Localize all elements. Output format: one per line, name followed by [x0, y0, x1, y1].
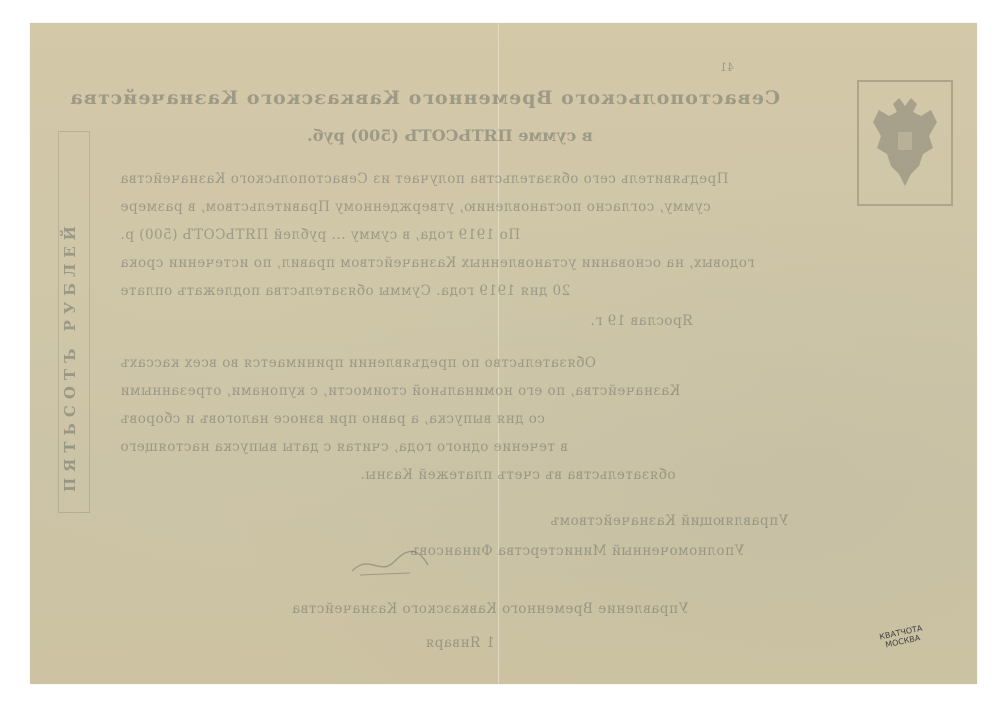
side-stamp-text: ПЯТЬСОТЪ РУБЛЕЙ — [61, 152, 79, 492]
body-line: со дня выпуска, а равно при взносе налог… — [120, 411, 840, 427]
body-line: обязательства въ счетъ платежей Казны. — [360, 467, 840, 483]
body-line: Предъявитель сего обязательства получает… — [120, 171, 840, 187]
footer-date: 1 Января — [390, 635, 530, 651]
body-line: 20 дня 1919 года. Суммы обязательства по… — [120, 283, 840, 299]
body-line: в течение одного года, считая с даты вып… — [120, 439, 840, 455]
body-line: Казначейства, по его номинальной стоимос… — [120, 383, 840, 399]
fold-line — [498, 23, 500, 684]
body-line: Ярослав 19 г. — [590, 313, 840, 329]
double-headed-eagle-icon — [869, 92, 941, 192]
corner-number: 41 — [720, 61, 734, 74]
signature-label: Уполномоченный Министерства Финансовъ — [410, 543, 840, 559]
body-line: годовых, на основании установленных Казн… — [120, 255, 840, 271]
footer-line: Управление Временного Кавказского Казнач… — [280, 601, 700, 617]
body-line: По 1919 года, в сумму ... рублей ПЯТЬСОТ… — [120, 227, 840, 243]
document-sheet: 41 Севастопольского Временного Кавказско… — [30, 23, 977, 684]
document-title: Севастопольского Временного Кавказского … — [220, 87, 780, 109]
body-line: сумму, согласно постановлению, утвержден… — [120, 199, 840, 215]
body-line: Обязательство по предъявлении принимаетс… — [120, 355, 840, 371]
coat-of-arms-box — [857, 80, 953, 206]
side-stamp: ПЯТЬСОТЪ РУБЛЕЙ — [58, 131, 90, 513]
amount-line: в сумме ПЯТЬСОТЪ (500) руб. — [300, 126, 600, 145]
signature-label: Управляющий Казначействомъ — [550, 513, 840, 529]
signature-icon — [350, 543, 430, 579]
